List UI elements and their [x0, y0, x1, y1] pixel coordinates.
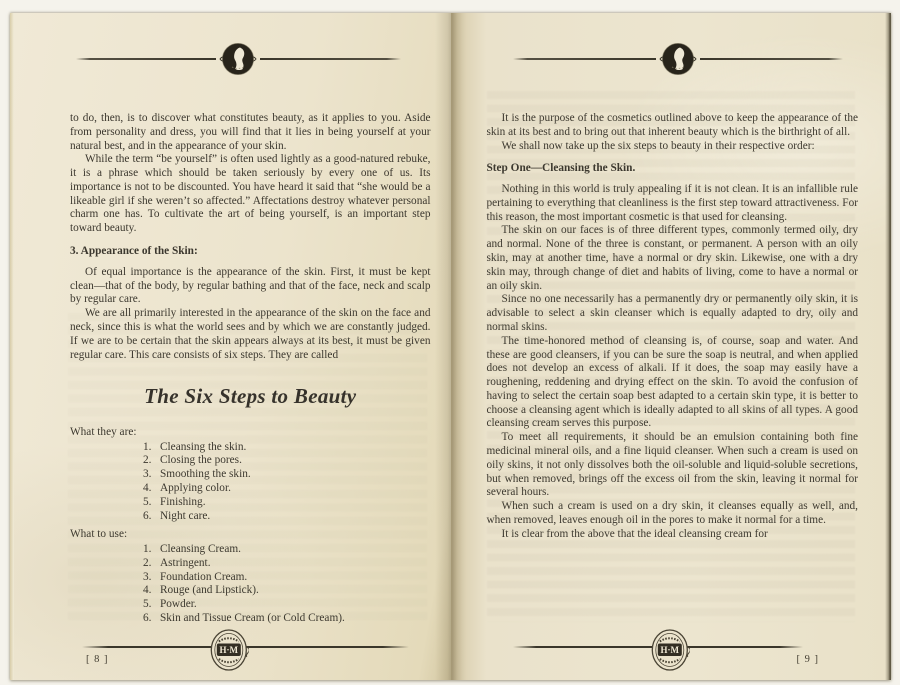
paragraph: To meet all requirements, it should be a…	[487, 431, 859, 500]
list-item: 2.Closing the pores.	[143, 454, 431, 468]
list-item: 5.Powder.	[143, 598, 431, 612]
list-item: 2.Astringent.	[143, 557, 431, 571]
paragraph: Since no one necessarily has a permanent…	[487, 293, 859, 334]
list-item: 4.Applying color.	[143, 482, 431, 496]
paragraph: Of equal importance is the appearance of…	[70, 266, 431, 307]
paragraph: While the term “be yourself” is often us…	[70, 153, 431, 236]
paragraph: We shall now take up the six steps to be…	[487, 140, 859, 154]
paragraph: The skin on our faces is of three differ…	[487, 224, 859, 293]
products-list: 1.Cleansing Cream. 2.Astringent. 3.Found…	[143, 543, 431, 626]
list-item: 3.Foundation Cream.	[143, 571, 431, 585]
list-item: 6.Skin and Tissue Cream (or Cold Cream).	[143, 612, 431, 626]
paragraph: Nothing in this world is truly appealing…	[487, 183, 859, 224]
list-item: 1.Cleansing Cream.	[143, 543, 431, 557]
paragraph: We are all primarily interested in the a…	[70, 307, 431, 362]
page-right-footer: H·M [ 9 ]	[451, 628, 892, 680]
cameo-silhouette-icon	[218, 40, 258, 78]
header-rule-right	[700, 58, 843, 60]
list-item: 3.Smoothing the skin.	[143, 468, 431, 482]
header-rule-left	[513, 58, 656, 60]
page-left-footer: H·M [ 8 ]	[10, 628, 451, 680]
header-ornament	[513, 40, 844, 78]
svg-text:H·M: H·M	[220, 645, 239, 655]
steps-list: 1.Cleansing the skin. 2.Closing the pore…	[143, 441, 431, 524]
page-number: [ 9 ]	[797, 654, 820, 665]
open-booklet: to do, then, is to discover what constit…	[10, 13, 891, 680]
paragraph: The time-honored method of cleansing is,…	[487, 335, 859, 431]
paragraph: It is clear from the above that the idea…	[487, 528, 859, 542]
svg-text:H·M: H·M	[660, 645, 679, 655]
list-label-what-to-use: What to use:	[70, 528, 431, 542]
section-heading-step-one: Step One—Cleansing the Skin.	[487, 162, 859, 176]
list-item: 4.Rouge (and Lipstick).	[143, 584, 431, 598]
page-right-content: It is the purpose of the cosmetics outli…	[487, 112, 859, 541]
cameo-silhouette-icon	[658, 40, 698, 78]
list-label-what-they-are: What they are:	[70, 426, 431, 440]
header-ornament	[76, 40, 401, 78]
page-right: It is the purpose of the cosmetics outli…	[451, 13, 892, 680]
six-steps-title: The Six Steps to Beauty	[70, 384, 431, 410]
paragraph: It is the purpose of the cosmetics outli…	[487, 112, 859, 140]
header-rule-left	[76, 58, 216, 60]
list-item: 6.Night care.	[143, 510, 431, 524]
book-scan: to do, then, is to discover what constit…	[0, 0, 900, 685]
page-number: [ 8 ]	[86, 654, 109, 665]
list-item: 1.Cleansing the skin.	[143, 441, 431, 455]
header-rule-right	[260, 58, 400, 60]
hm-seal-icon: H·M	[209, 629, 249, 673]
page-left: to do, then, is to discover what constit…	[10, 13, 451, 680]
list-item: 5.Finishing.	[143, 496, 431, 510]
hm-seal-icon: H·M	[650, 629, 690, 673]
page-left-content: to do, then, is to discover what constit…	[70, 112, 431, 626]
section-heading-appearance-of-skin: 3. Appearance of the Skin:	[70, 245, 431, 259]
paragraph: to do, then, is to discover what constit…	[70, 112, 431, 153]
paragraph: When such a cream is used on a dry skin,…	[487, 500, 859, 528]
